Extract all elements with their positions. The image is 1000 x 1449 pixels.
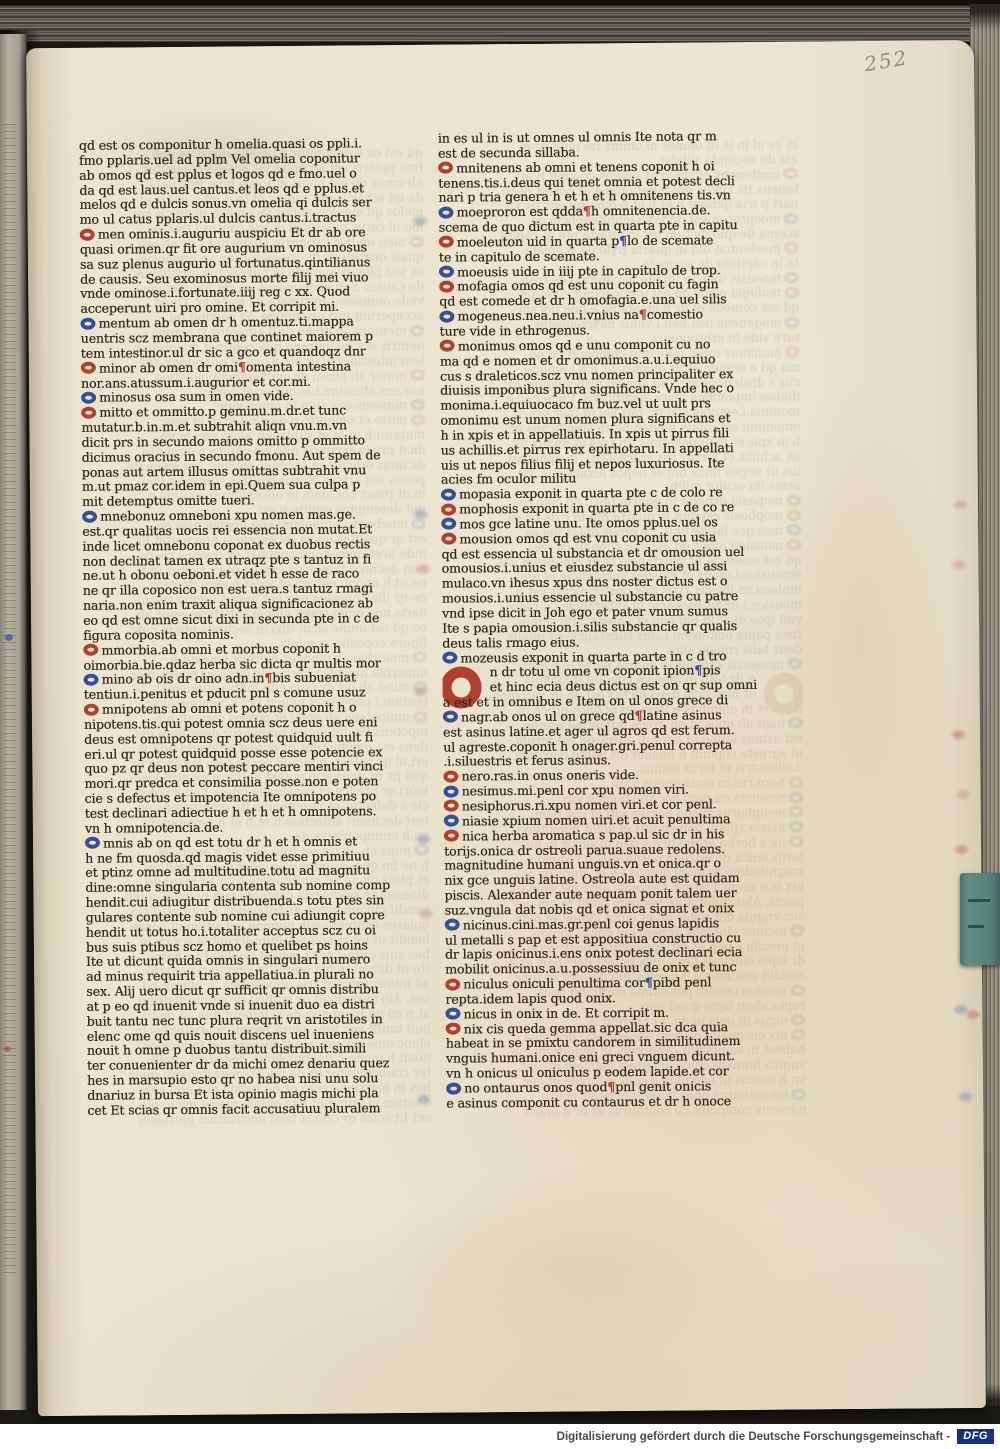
ink-bleed-blob: [417, 565, 430, 574]
lombard-initial-blue: [446, 1082, 461, 1094]
ink-bleed-blob: [954, 500, 967, 509]
text-column-left: qd est os componitur h omelia.quasi os p…: [79, 136, 424, 1127]
lombard-initial-blue: [444, 815, 459, 827]
facing-page-text-edge: [3, 124, 16, 1274]
lombard-initial-red: [84, 703, 99, 715]
lombard-initial-red: [439, 236, 454, 248]
lombard-initial-red: [441, 533, 456, 545]
lombard-initial-blue: [83, 674, 98, 686]
ink-bleed-blob: [414, 510, 427, 519]
lombard-initial-blue: [442, 652, 457, 664]
lombard-initial-blue: [439, 310, 454, 322]
lombard-initial-red: [445, 978, 460, 990]
digitization-credit: Digitalisierung gefördert durch die Deut…: [557, 1431, 951, 1443]
lombard-initial-red: [439, 280, 454, 292]
facing-page-edge: [0, 34, 27, 1410]
bookmark-tab: [960, 873, 1000, 965]
text-line: e asinus componit cu contaurus et dr h o…: [446, 1093, 798, 1111]
lombard-initial-red: [443, 770, 458, 782]
folio-number: 252: [863, 45, 911, 76]
lombard-initial-blue: [80, 317, 95, 329]
lombard-initial-red: [80, 228, 95, 240]
ink-bleed-blob: [954, 1005, 967, 1014]
ink-bleed-blob: [414, 217, 427, 226]
facing-page-red-initial: [4, 1046, 11, 1052]
paragraph-mark: ¶: [238, 359, 246, 374]
ink-bleed-blob: [417, 835, 430, 844]
lombard-initial-blue: [443, 785, 458, 797]
dfg-logo: DFG: [957, 1429, 994, 1444]
text-column-right: in es ul in is ut omnes ul omnis Ite not…: [438, 129, 799, 1120]
book-scan-photo: 252 qd est os componitur h omelia.quasi …: [0, 0, 1000, 1449]
facing-page-blue-initial: [5, 634, 13, 641]
lombard-initial-red: [444, 800, 459, 812]
lombard-initial-red: [438, 162, 453, 174]
lombard-initial-blue: [82, 510, 97, 522]
paragraph-mark: ¶: [619, 233, 627, 248]
lombard-initial-blue: [439, 266, 454, 278]
lombard-initial-red: [83, 644, 98, 656]
text-line: cet Et scias qr omnis facit accusatiuu p…: [87, 1101, 423, 1119]
lombard-initial-red: [444, 830, 459, 842]
ink-bleed-blob: [953, 560, 966, 569]
lombard-initial-red: [440, 340, 455, 352]
paragraph-mark: ¶: [694, 663, 702, 678]
lombard-initial-blue: [443, 711, 458, 723]
paragraph-mark: ¶: [583, 204, 591, 219]
lombard-initial-blue: [85, 837, 100, 849]
lombard-initial-blue: [445, 919, 460, 931]
lombard-initial-red: [441, 503, 456, 515]
ink-bleed-blob: [957, 790, 970, 799]
ink-bleed-blob: [417, 1095, 430, 1104]
paragraph-mark: ¶: [634, 708, 642, 723]
ink-bleed-blob: [414, 687, 427, 696]
paragraph-mark: ¶: [645, 975, 653, 990]
book-top-page-edges: [0, 0, 1000, 42]
ink-bleed-blob: [952, 730, 965, 739]
ink-bleed-blob: [959, 1092, 972, 1101]
lombard-initial-red: [81, 362, 96, 374]
ink-bleed-blob: [955, 845, 968, 854]
lombard-initial-blue: [445, 1008, 460, 1020]
lombard-initial-red: [81, 406, 96, 418]
lombard-initial-blue: [441, 488, 456, 500]
parchment-stain: [366, 1162, 788, 1366]
paragraph-mark: ¶: [639, 307, 647, 322]
ink-bleed-blob: [966, 1010, 979, 1019]
paragraph-mark: ¶: [607, 1079, 615, 1094]
paragraph-mark: ¶: [264, 671, 272, 686]
digitization-footer: Digitalisierung gefördert durch die Deut…: [0, 1424, 1000, 1449]
lombard-initial-blue: [441, 518, 456, 530]
manuscript-page: 252 qd est os componitur h omelia.quasi …: [26, 40, 986, 1416]
lombard-initial-red: [446, 1023, 461, 1035]
lombard-initial-blue: [438, 206, 453, 218]
lombard-initial-blue: [81, 392, 96, 404]
ink-bleed-blob: [420, 910, 433, 919]
